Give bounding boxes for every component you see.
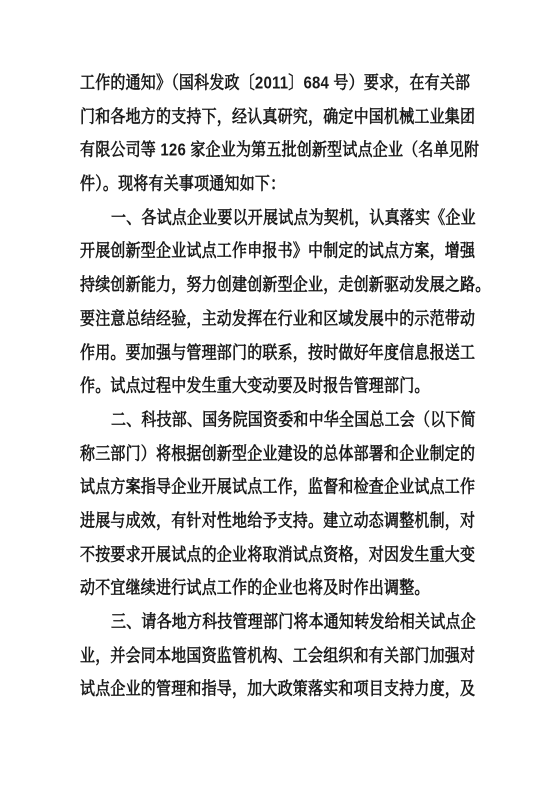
paragraph: 二、科技部、国务院国资委和中华全国总工会（以下简称三部门）将根据创新型企业建设的…	[80, 404, 480, 606]
text-line: 件）。现将有关事项通知如下：	[80, 168, 480, 202]
text-line: 有限公司等 126 家企业为第五批创新型试点企业（名单见附	[80, 134, 480, 168]
text-line: 开展创新型企业试点工作申报书》中制定的试点方案，增强	[80, 235, 480, 269]
text-line: 要注意总结经验，主动发挥在行业和区域发展中的示范带动	[80, 303, 480, 337]
paragraph: 三、请各地方科技管理部门将本通知转发给相关试点企业，并会同本地国资监管机构、工会…	[80, 606, 480, 707]
text-line: 称三部门）将根据创新型企业建设的总体部署和企业制定的	[80, 438, 480, 472]
document-body: 工作的通知》（国科发政〔2011〕684 号）要求，在有关部门和各地方的支持下，…	[80, 67, 480, 707]
text-line: 进展与成效，有针对性地给予支持。建立动态调整机制，对	[80, 505, 480, 539]
text-line: 工作的通知》（国科发政〔2011〕684 号）要求，在有关部	[80, 67, 480, 101]
text-line: 作用。要加强与管理部门的联系，按时做好年度信息报送工	[80, 337, 480, 371]
paragraph: 工作的通知》（国科发政〔2011〕684 号）要求，在有关部门和各地方的支持下，…	[80, 67, 480, 202]
text-line: 试点方案指导企业开展试点工作，监督和检查企业试点工作	[80, 471, 480, 505]
text-line: 二、科技部、国务院国资委和中华全国总工会（以下简	[80, 404, 480, 438]
text-line: 一、各试点企业要以开展试点为契机，认真落实《企业	[80, 202, 480, 236]
text-line: 作。试点过程中发生重大变动要及时报告管理部门。	[80, 370, 480, 404]
text-line: 试点企业的管理和指导，加大政策落实和项目支持力度，及	[80, 673, 480, 707]
text-line: 业，并会同本地国资监管机构、工会组织和有关部门加强对	[80, 640, 480, 674]
paragraph: 一、各试点企业要以开展试点为契机，认真落实《企业开展创新型企业试点工作申报书》中…	[80, 202, 480, 404]
text-line: 不按要求开展试点的企业将取消试点资格，对因发生重大变	[80, 539, 480, 573]
document-page: 工作的通知》（国科发政〔2011〕684 号）要求，在有关部门和各地方的支持下，…	[0, 0, 555, 786]
text-line: 三、请各地方科技管理部门将本通知转发给相关试点企	[80, 606, 480, 640]
text-line: 持续创新能力，努力创建创新型企业，走创新驱动发展之路。	[80, 269, 480, 303]
text-line-content: 试点企业的管理和指导，加大政策落实和项目支持力度，及	[80, 670, 475, 710]
text-line: 动不宜继续进行试点工作的企业也将及时作出调整。	[80, 572, 480, 606]
text-line: 门和各地方的支持下，经认真研究，确定中国机械工业集团	[80, 101, 480, 135]
